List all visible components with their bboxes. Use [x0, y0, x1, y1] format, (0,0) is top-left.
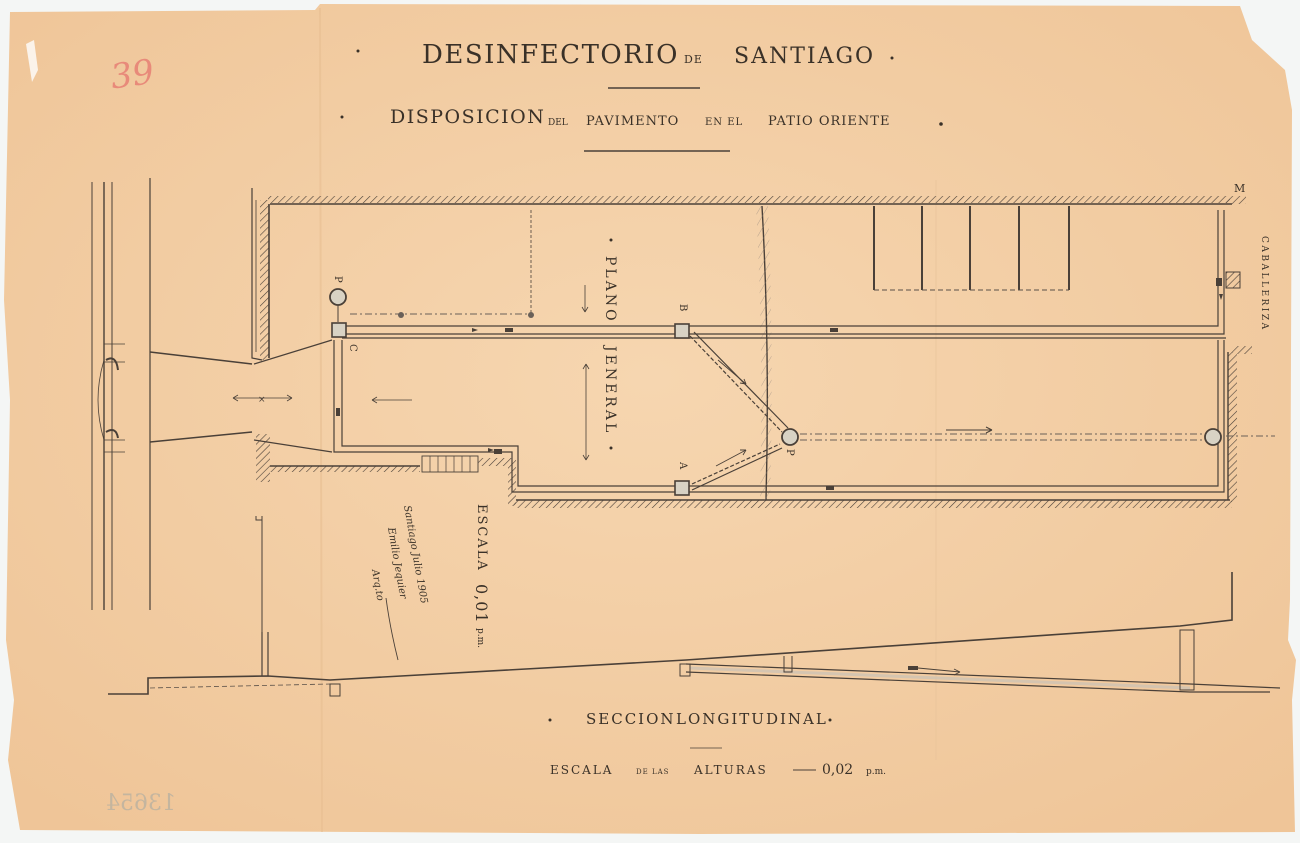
plan-scale-value: 0,01: [472, 584, 491, 624]
archive-pencil-number: 39: [108, 52, 156, 98]
side-label-caballeriza: CABALLERIZA: [1259, 236, 1269, 332]
svg-text:×: ×: [258, 395, 266, 405]
plan-scale-unit: p.m.: [475, 628, 485, 648]
plan-label-plano: PLANO: [602, 256, 618, 324]
section-title-longitudinal: LONGITUDINAL: [676, 710, 828, 728]
section-scale-value: 0,02: [822, 762, 853, 778]
title-main: DESINFECTORIO: [422, 40, 679, 70]
title-place: SANTIAGO: [734, 44, 875, 69]
title-connector: DE: [684, 53, 703, 66]
node-outlet: [1205, 429, 1221, 445]
plan-label-jeneral: JENERAL: [602, 344, 618, 435]
subtitle-connector-del: DEL: [548, 118, 568, 128]
subtitle-connector-en-el: EN EL: [705, 117, 743, 128]
node-label-a: A: [677, 461, 688, 470]
section-scale-unit: p.m.: [866, 767, 886, 777]
section-title-seccion: SECCION: [586, 710, 676, 728]
mirrored-stamp-number: 13654: [106, 791, 176, 816]
node-p-center: [782, 429, 798, 445]
node-label-b: B: [677, 304, 688, 311]
plan-scale-label: ESCALA: [474, 504, 489, 572]
subtitle-pavimento: PAVIMENTO: [586, 114, 679, 129]
section-scale-word: ALTURAS: [693, 763, 768, 777]
subtitle-patio-oriente: PATIO ORIENTE: [768, 114, 890, 129]
node-label-p: P: [332, 276, 343, 283]
drawing-sheet: 39 DESINFECTORIO DE SANTIAGO DISPOSICION…: [0, 0, 1300, 843]
corner-mark: M: [1234, 182, 1245, 195]
node-label-p2: P: [784, 449, 795, 456]
section-scale-label: ESCALA: [550, 763, 613, 777]
node-label-c: C: [347, 344, 358, 352]
architectural-drawing: 39 DESINFECTORIO DE SANTIAGO DISPOSICION…: [0, 0, 1300, 843]
node-a: [675, 481, 689, 495]
node-c: [332, 323, 346, 337]
subtitle-disposicion: DISPOSICION: [390, 106, 545, 128]
node-p-top: [330, 289, 346, 305]
node-b: [675, 324, 689, 338]
section-scale-connector: DE LAS: [636, 768, 669, 776]
